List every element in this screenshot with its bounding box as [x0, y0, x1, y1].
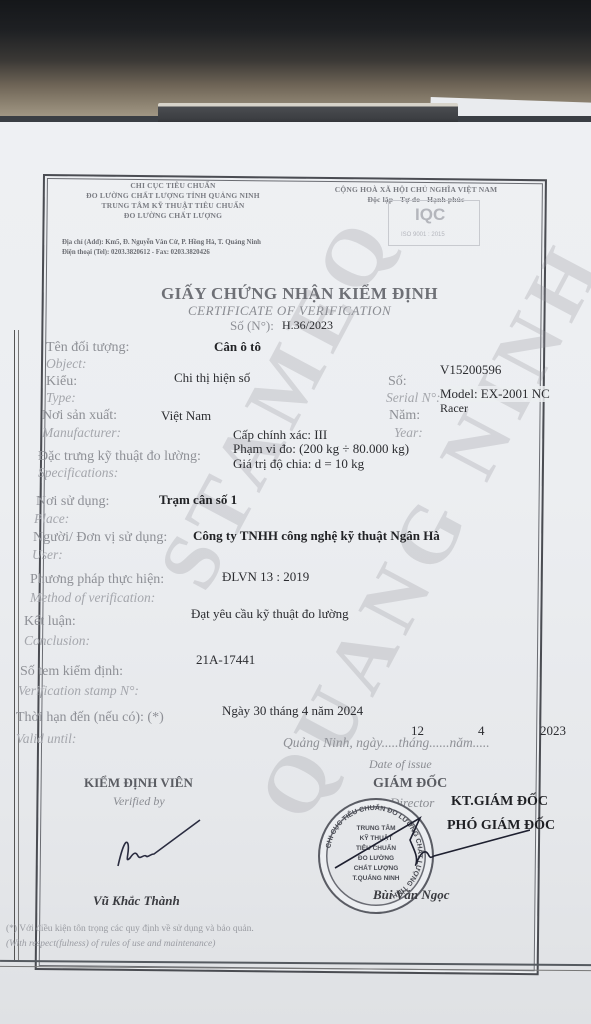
user-label-en: User:: [32, 547, 63, 563]
certificate-title: GIẤY CHỨNG NHẬN KIỂM ĐỊNH: [161, 284, 438, 304]
issue-year: 2023: [540, 723, 566, 739]
object-value: Cân ô tô: [214, 339, 261, 355]
certificate-number-label: Số (N°):: [230, 318, 274, 334]
spec-division: Giá trị độ chia: d = 10 kg: [233, 456, 364, 472]
manufacturer-label: Nơi sản xuất:: [42, 408, 117, 424]
valid-until-label-en: Valid until:: [16, 731, 76, 747]
manufacturer-label-en: Manufacturer:: [42, 425, 121, 441]
method-value: ĐLVN 13 : 2019: [222, 569, 309, 585]
iqc-logo: IQC ISO 9001 : 2015: [388, 200, 480, 246]
director-name: Bùi Văn Ngọc: [373, 887, 450, 903]
header-left-line1: CHI CỤC TIÊU CHUẨN: [58, 181, 288, 191]
header-left: CHI CỤC TIÊU CHUẨN ĐO LƯỜNG CHẤT LƯỢNG T…: [58, 181, 288, 221]
user-value: Công ty TNHH công nghệ kỹ thuật Ngân Hà: [193, 528, 440, 544]
footnote-vi: (*) Với điều kiện tôn trọng các quy định…: [6, 924, 254, 934]
model-value: Model: EX-2001 NC: [440, 386, 550, 402]
type-value: Chi thị hiện số: [174, 370, 250, 386]
header-left-line2: ĐO LƯỜNG CHẤT LƯỢNG TỈNH QUẢNG NINH: [58, 191, 288, 201]
issue-date-label: Date of issue: [369, 757, 432, 772]
serial-label: Số:: [388, 374, 407, 390]
issue-place-date: Quảng Ninh, ngày.....tháng......năm.....: [283, 735, 490, 751]
method-label: Phương pháp thực hiện:: [30, 572, 164, 588]
footnote-en: (With respect(fulness) of rules of use a…: [6, 939, 215, 949]
object-label-en: Object:: [46, 356, 86, 372]
certificate-subtitle: CERTIFICATE OF VERIFICATION: [188, 303, 391, 319]
manufacturer-value: Việt Nam: [161, 408, 211, 424]
user-label: Người/ Đơn vị sử dụng:: [33, 530, 167, 546]
iqc-logo-text: IQC: [415, 205, 445, 225]
verifier-name: Vũ Khắc Thành: [93, 893, 180, 909]
type-label: Kiểu:: [46, 374, 77, 390]
header-left-line3: TRUNG TÂM KỸ THUẬT TIÊU CHUẨN: [58, 201, 288, 211]
header-left-line4: ĐO LƯỜNG CHẤT LƯỢNG: [58, 211, 288, 221]
clipboard-clip: [158, 103, 458, 123]
year-label: Năm:: [389, 408, 420, 424]
verifier-title: KIỂM ĐỊNH VIÊN: [84, 775, 193, 791]
stamp-number-label: Số tem kiểm định:: [20, 664, 123, 680]
spec-range: Phạm vi đo: (200 kg ÷ 80.000 kg): [233, 441, 409, 457]
serial-value: V15200596: [440, 362, 501, 378]
place-label-en: Place:: [34, 511, 69, 527]
valid-until-label: Thời hạn đến (nếu có): (*): [16, 710, 164, 726]
verifier-title-en: Verified by: [113, 794, 165, 809]
place-label: Nơi sử dụng:: [36, 494, 109, 510]
specifications-label: Đặc trưng kỹ thuật đo lường:: [38, 449, 201, 465]
header-phone: Điện thoại (Tel): 0203.3820612 - Fax: 02…: [62, 248, 210, 257]
conclusion-value: Đạt yêu cầu kỹ thuật đo lường: [191, 606, 349, 622]
place-value: Trạm cân số 1: [159, 492, 237, 508]
specifications-label-en: Specifications:: [38, 465, 118, 481]
kt-director-line1: KT.GIÁM ĐỐC: [451, 794, 548, 810]
method-label-en: Method of verification:: [30, 590, 155, 606]
director-signature: [330, 810, 530, 890]
stamp-number-value: 21A-17441: [196, 652, 255, 668]
conclusion-label: Kết luận:: [24, 614, 76, 630]
conclusion-label-en: Conclusion:: [24, 633, 90, 649]
frame-left-border: [14, 330, 19, 960]
object-label: Tên đối tượng:: [46, 340, 129, 356]
stamp-number-label-en: Verification stamp N°:: [18, 683, 139, 699]
serial-label-en: Serial N°:: [386, 390, 441, 406]
valid-until-value: Ngày 30 tháng 4 năm 2024: [222, 703, 363, 719]
verifier-signature: [110, 818, 210, 878]
certificate-number: H.36/2023: [282, 318, 333, 333]
header-right-line1: CỘNG HOÀ XÃ HỘI CHỦ NGHĨA VIỆT NAM: [296, 185, 536, 195]
iqc-standard: ISO 9001 : 2015: [401, 232, 445, 238]
director-title: GIÁM ĐỐC: [373, 776, 447, 792]
type-label-en: Type:: [46, 390, 76, 406]
model-value-line2: Racer: [440, 401, 468, 416]
year-label-en: Year:: [394, 425, 423, 441]
header-address: Địa chỉ (Add): Km5, Đ. Nguyễn Văn Cừ, P.…: [62, 238, 261, 247]
